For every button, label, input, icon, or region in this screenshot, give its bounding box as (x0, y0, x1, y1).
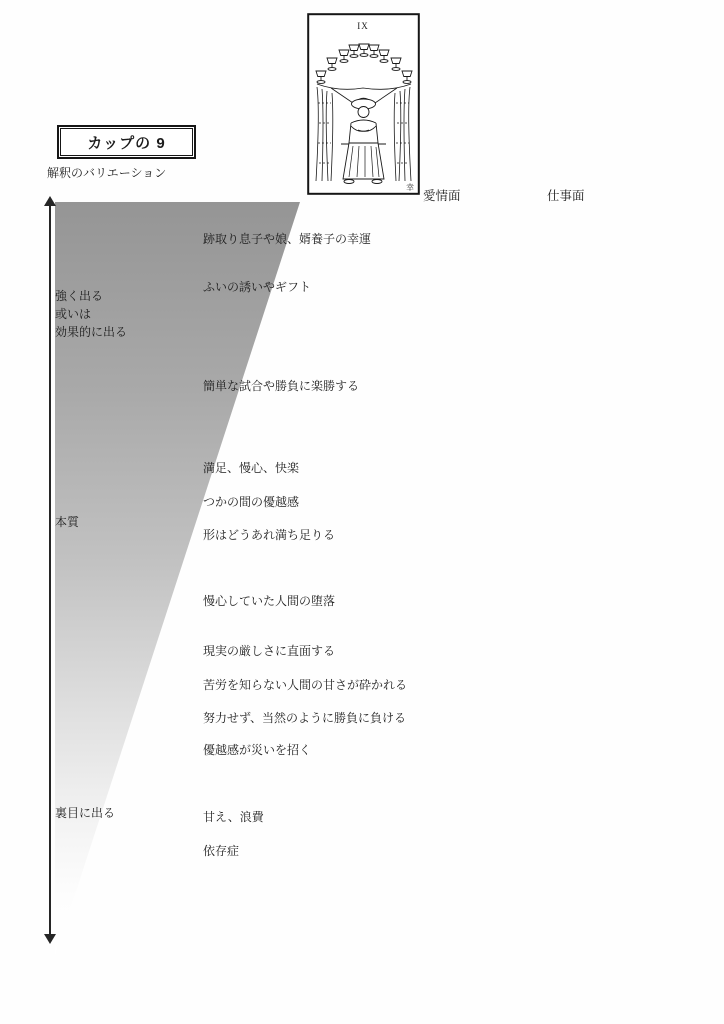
axis-label-backfire: 裏目に出る (55, 806, 115, 821)
subtitle: 解釈のバリエーション (47, 166, 166, 181)
card-numeral: IX (357, 21, 369, 31)
interpretation-item: 苦労を知らない人間の甘さが砕かれる (203, 678, 407, 693)
column-header-work: 仕事面 (547, 189, 585, 204)
card-seal: 幸 (406, 182, 414, 192)
axis-label-strong-line1: 強く出る (55, 287, 127, 305)
title-box-inner-border: カップの 9 (60, 128, 193, 156)
axis-arrowhead-down-icon (44, 934, 56, 944)
interpretation-item: つかの間の優越感 (203, 495, 299, 510)
interpretation-item: 優越感が災いを招く (203, 743, 311, 758)
interpretation-item: 依存症 (203, 844, 239, 859)
interpretation-item: 努力せず、当然のように勝負に負ける (203, 711, 406, 726)
interpretation-item: 慢心していた人間の堕落 (203, 594, 335, 609)
title-box: カップの 9 (57, 125, 196, 159)
interpretation-item: 跡取り息子や娘、婿養子の幸運 (203, 232, 371, 247)
interpretation-item: ふいの誘いやギフト (203, 280, 311, 295)
axis-label-strong-line2: 或いは (55, 305, 127, 323)
interpretation-item: 現実の厳しさに直面する (203, 644, 335, 659)
tarot-card-illustration: IX (307, 13, 420, 195)
tarot-interpretation-page: { "title": "カップの 9", "subtitle": "解釈のバリエ… (0, 0, 724, 1024)
axis-label-strong-line3: 効果的に出る (55, 323, 127, 341)
tarot-card: IX (307, 13, 420, 195)
axis-label-strong: 強く出る 或いは 効果的に出る (55, 287, 127, 341)
interpretation-item: 甘え、浪費 (203, 810, 264, 825)
interpretation-item: 形はどうあれ満ち足りる (203, 528, 335, 543)
interpretation-item: 簡単な試合や勝負に楽勝する (203, 379, 359, 394)
page-title: カップの 9 (87, 132, 165, 153)
column-header-love: 愛情面 (423, 189, 461, 204)
axis-arrow-line (49, 205, 51, 935)
axis-label-essence: 本質 (55, 515, 79, 530)
interpretation-item: 満足、慢心、快楽 (203, 461, 299, 476)
